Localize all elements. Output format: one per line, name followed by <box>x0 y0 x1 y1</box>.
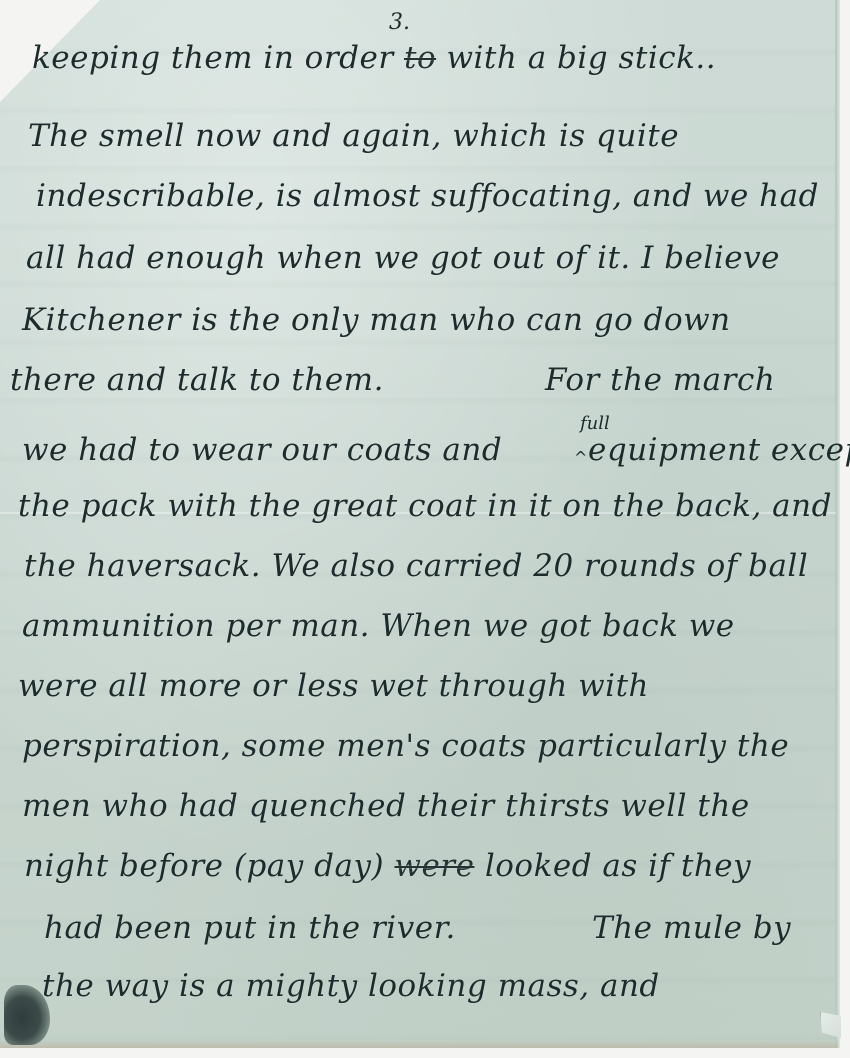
text-line-15: had been put in the river. <box>44 910 456 946</box>
text-line-6: there and talk to them. <box>10 362 384 398</box>
inserted-word: full <box>580 413 610 434</box>
text-line-10: ammunition per man. When we got back we <box>22 608 735 644</box>
text-line-9: the haversack. We also carried 20 rounds… <box>24 548 808 584</box>
text-line-14: night before (pay day) were looked as if… <box>24 848 751 884</box>
text-line-4: all had enough when we got out of it. I … <box>26 240 780 276</box>
text-line-6-continuation: For the march <box>545 362 775 398</box>
line-text: looked as if they <box>474 848 751 884</box>
paper-right-edge <box>836 0 840 1048</box>
struck-word: were <box>394 848 474 884</box>
page-number: 3. <box>389 10 410 35</box>
line-text: with a big stick.. <box>436 40 716 76</box>
text-line-3: indescribable, is almost suffocating, an… <box>36 178 819 214</box>
text-line-7-continuation: equipment except <box>588 432 850 468</box>
text-line-2: The smell now and again, which is quite <box>28 118 679 154</box>
line-text: keeping them in order <box>32 40 404 76</box>
text-line-13: men who had quenched their thirsts well … <box>22 788 750 824</box>
paper-bottom-edge <box>0 1040 838 1048</box>
text-line-15-continuation: The mule by <box>592 910 791 946</box>
text-line-12: perspiration, some men's coats particula… <box>22 728 789 764</box>
struck-word: to <box>404 40 436 76</box>
insertion-caret: ^ <box>574 448 587 467</box>
line-text: night before (pay day) <box>24 848 394 884</box>
text-line-11: were all more or less wet through with <box>18 668 649 704</box>
letter-page <box>0 0 838 1048</box>
text-line-8: the pack with the great coat in it on th… <box>18 488 832 524</box>
line-text: there and talk to them. <box>10 362 384 398</box>
text-line-1: keeping them in order to with a big stic… <box>32 40 716 76</box>
text-line-16: the way is a mighty looking mass, and <box>42 968 660 1004</box>
text-line-5: Kitchener is the only man who can go dow… <box>22 302 731 338</box>
text-line-7: we had to wear our coats and <box>22 432 502 468</box>
